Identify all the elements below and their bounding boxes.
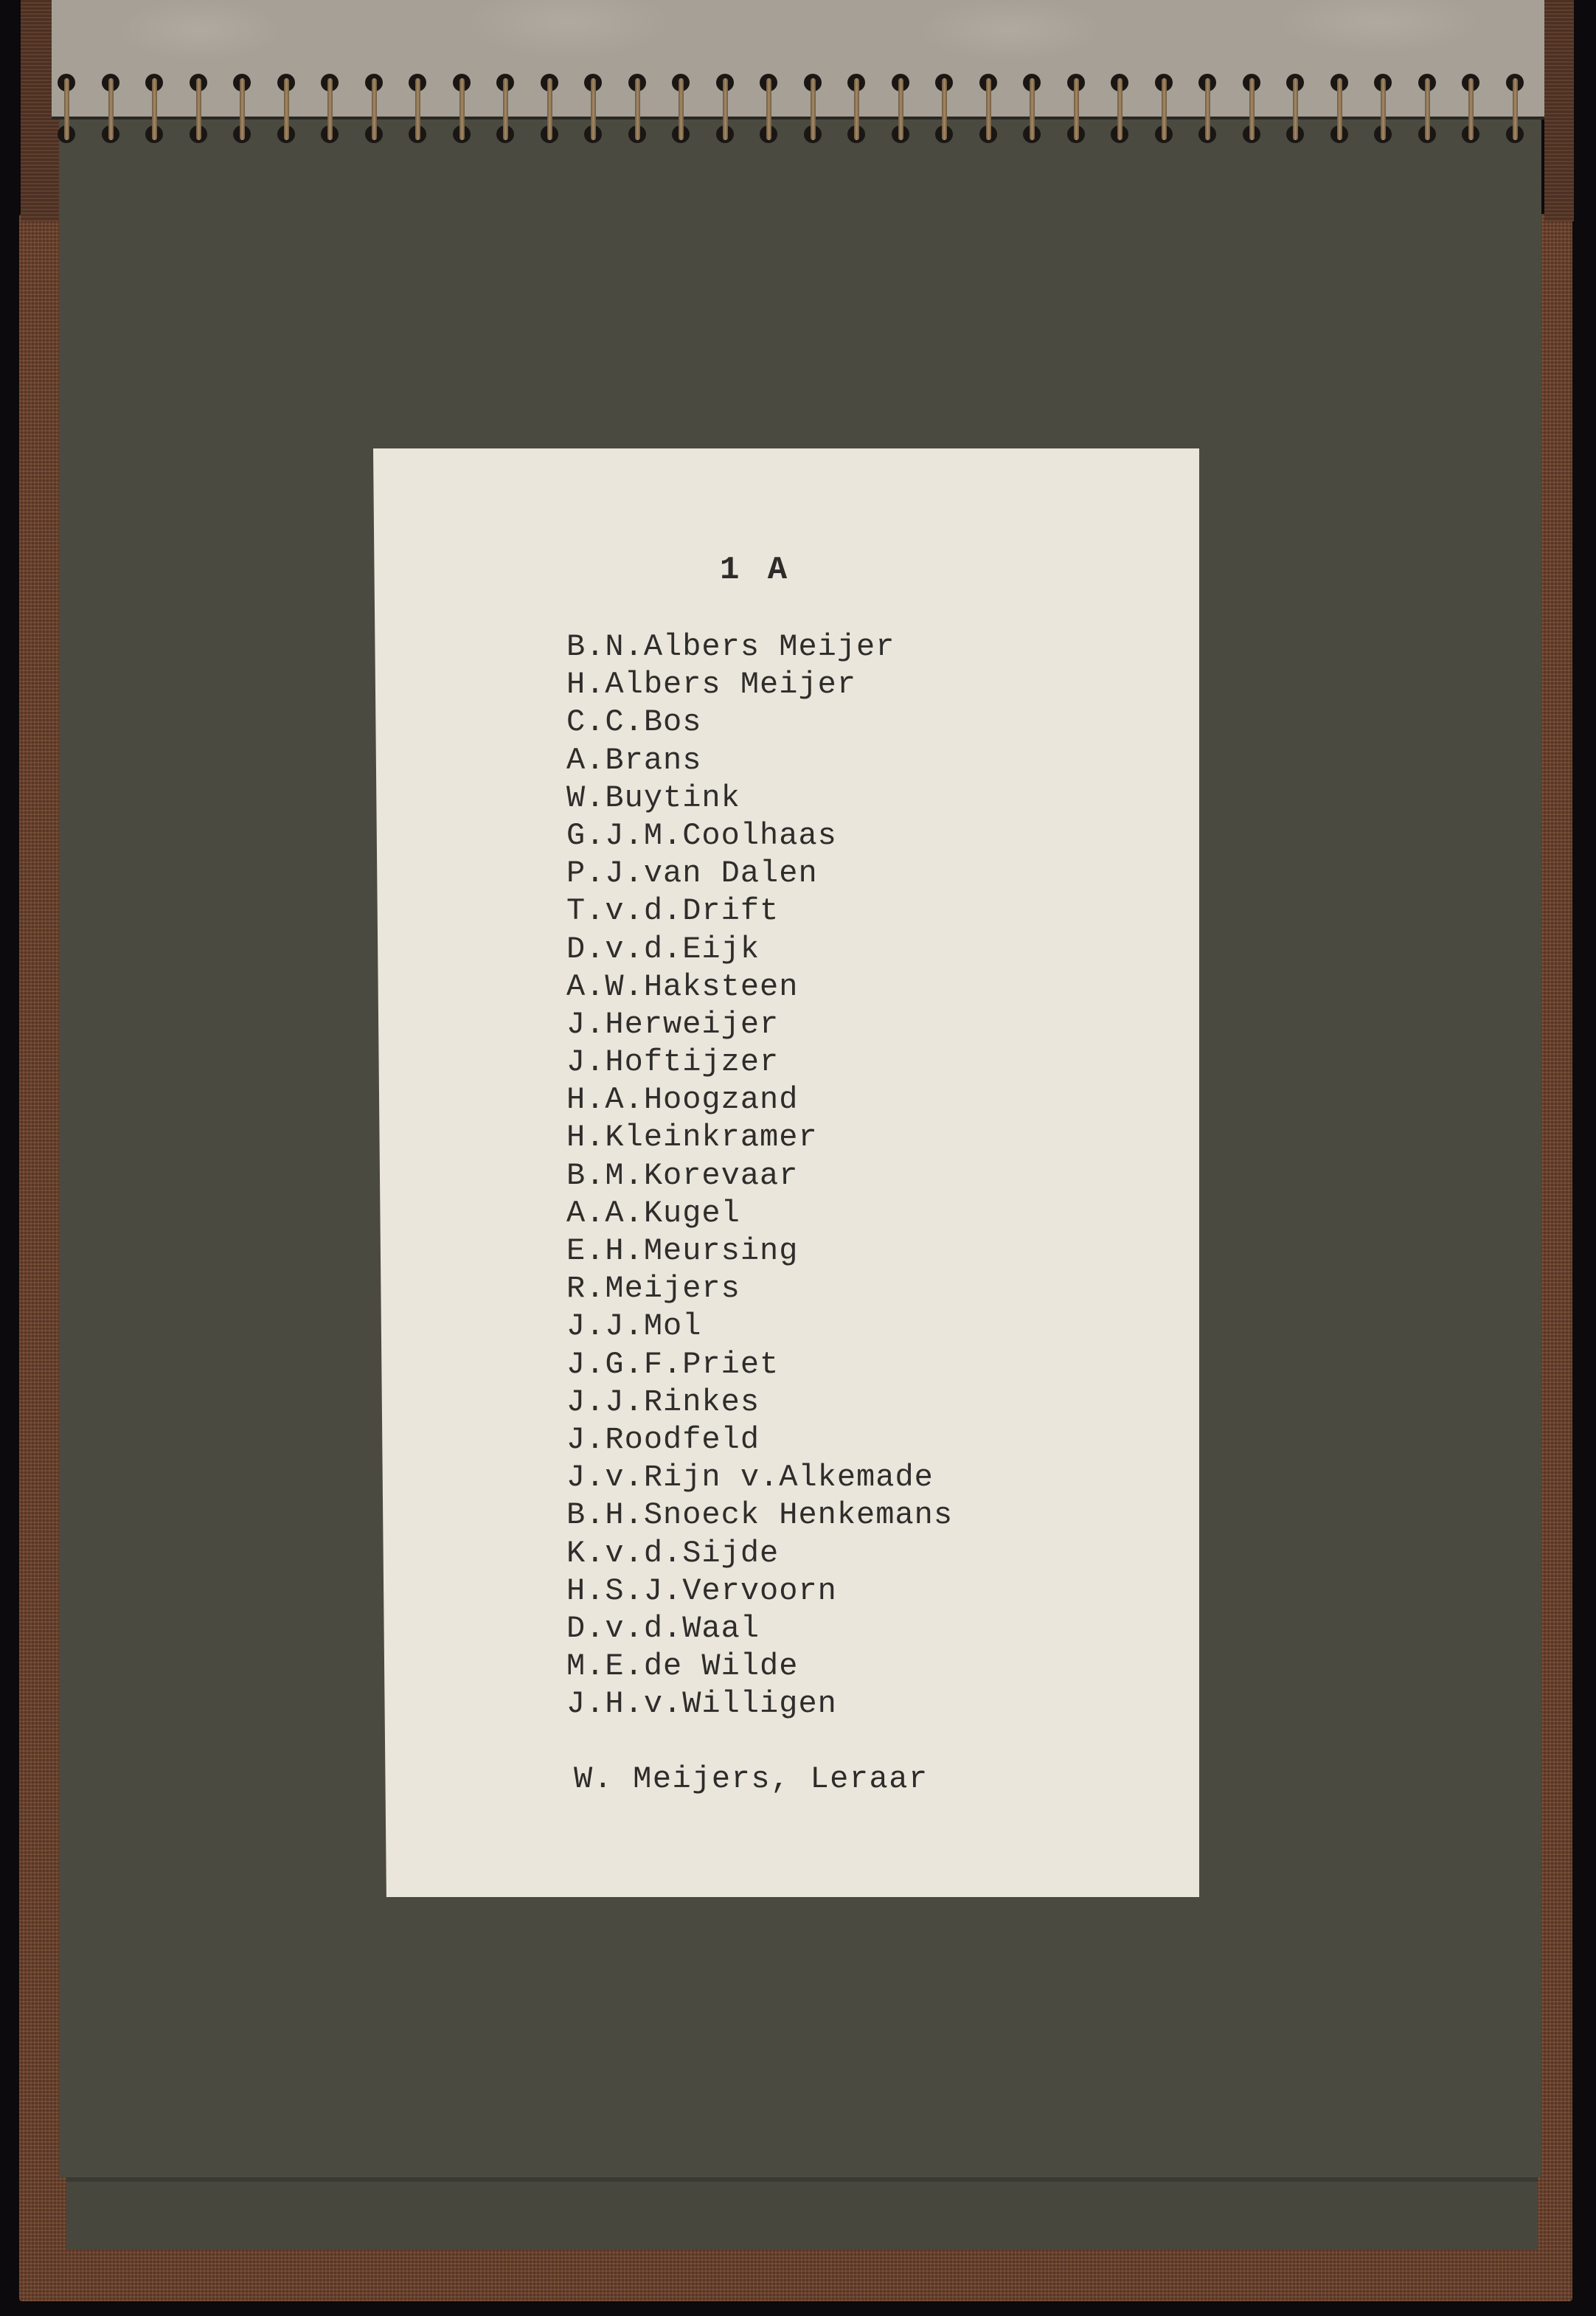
- student-name: T.v.d.Drift: [566, 892, 953, 930]
- spiral-coil: [935, 71, 953, 152]
- spiral-coil: [892, 71, 909, 152]
- spiral-binding: [58, 71, 1540, 152]
- spiral-coil: [1067, 71, 1085, 152]
- spiral-coil: [760, 71, 777, 152]
- coil-wire: [591, 78, 596, 140]
- spiral-coil: [1023, 71, 1041, 152]
- coil-wire: [854, 78, 859, 140]
- spiral-coil: [1506, 71, 1524, 152]
- coil-wire: [415, 78, 420, 140]
- student-name: J.Herweijer: [566, 1006, 953, 1044]
- student-name: E.H.Meursing: [566, 1232, 953, 1270]
- spiral-coil: [102, 71, 119, 152]
- coil-wire: [1074, 78, 1079, 140]
- student-name: R.Meijers: [566, 1270, 953, 1308]
- student-name: J.Roodfeld: [566, 1421, 953, 1459]
- student-name: H.Kleinkramer: [566, 1119, 953, 1157]
- spiral-coil: [1111, 71, 1128, 152]
- spiral-coil: [628, 71, 646, 152]
- spiral-coil: [1330, 71, 1348, 152]
- spiral-coil: [58, 71, 75, 152]
- spiral-coil: [1374, 71, 1392, 152]
- student-name: C.C.Bos: [566, 704, 953, 741]
- student-name: J.J.Mol: [566, 1308, 953, 1345]
- cover-edge-right: [1544, 0, 1574, 221]
- student-name: J.Hoftijzer: [566, 1044, 953, 1081]
- coil-wire: [1381, 78, 1386, 140]
- student-name: A.A.Kugel: [566, 1195, 953, 1232]
- coil-wire: [898, 78, 903, 140]
- coil-wire: [284, 78, 289, 140]
- coil-wire: [547, 78, 552, 140]
- student-name: J.G.F.Priet: [566, 1346, 953, 1384]
- coil-wire: [942, 78, 947, 140]
- coil-wire: [327, 78, 333, 140]
- student-name: H.Albers Meijer: [566, 666, 953, 704]
- student-name: D.v.d.Waal: [566, 1610, 953, 1648]
- coil-wire: [108, 78, 114, 140]
- spiral-coil: [1286, 71, 1304, 152]
- student-name: B.H.Snoeck Henkemans: [566, 1497, 953, 1534]
- coil-wire: [679, 78, 684, 140]
- coil-wire: [240, 78, 245, 140]
- class-title: 1 A: [720, 552, 791, 589]
- spiral-coil: [1155, 71, 1173, 152]
- spiral-coil: [409, 71, 426, 152]
- student-name: B.N.Albers Meijer: [566, 628, 953, 666]
- student-name: J.H.v.Willigen: [566, 1685, 953, 1723]
- coil-wire: [152, 78, 157, 140]
- student-name: W.Buytink: [566, 780, 953, 817]
- coil-wire: [1030, 78, 1035, 140]
- coil-wire: [1205, 78, 1210, 140]
- student-name: G.J.M.Coolhaas: [566, 817, 953, 855]
- spiral-coil: [1198, 71, 1216, 152]
- student-name: J.v.Rijn v.Alkemade: [566, 1459, 953, 1497]
- coil-wire: [1337, 78, 1342, 140]
- spiral-coil: [190, 71, 207, 152]
- coil-wire: [64, 78, 69, 140]
- student-name: H.S.J.Vervoorn: [566, 1573, 953, 1610]
- coil-wire: [459, 78, 465, 140]
- spiral-coil: [453, 71, 471, 152]
- coil-wire: [1468, 78, 1474, 140]
- coil-wire: [1162, 78, 1167, 140]
- student-name: H.A.Hoogzand: [566, 1081, 953, 1119]
- album-page-underlayer: [66, 2177, 1538, 2250]
- coil-wire: [372, 78, 377, 140]
- spiral-coil: [1418, 71, 1436, 152]
- spiral-coil: [321, 71, 339, 152]
- student-name: B.M.Korevaar: [566, 1157, 953, 1195]
- student-name: M.E.de Wilde: [566, 1648, 953, 1685]
- spiral-coil: [1243, 71, 1260, 152]
- spiral-coil: [277, 71, 295, 152]
- student-name: J.J.Rinkes: [566, 1384, 953, 1421]
- student-name: K.v.d.Sijde: [566, 1535, 953, 1573]
- spiral-coil: [496, 71, 514, 152]
- spiral-coil: [584, 71, 602, 152]
- coil-wire: [811, 78, 816, 140]
- coil-wire: [503, 78, 508, 140]
- spiral-coil: [847, 71, 865, 152]
- teacher-signature: W. Meijers, Leraar: [574, 1761, 929, 1797]
- spiral-coil: [672, 71, 690, 152]
- coil-wire: [766, 78, 771, 140]
- spiral-coil: [365, 71, 383, 152]
- student-name: D.v.d.Eijk: [566, 931, 953, 968]
- coil-wire: [723, 78, 728, 140]
- spiral-coil: [716, 71, 734, 152]
- spiral-coil: [1462, 71, 1479, 152]
- coil-wire: [1425, 78, 1430, 140]
- coil-wire: [1249, 78, 1255, 140]
- coil-wire: [986, 78, 991, 140]
- student-name: A.Brans: [566, 742, 953, 780]
- spiral-coil: [233, 71, 251, 152]
- coil-wire: [1117, 78, 1123, 140]
- coil-wire: [196, 78, 201, 140]
- student-name: P.J.van Dalen: [566, 855, 953, 892]
- class-list-card: 1 A B.N.Albers MeijerH.Albers MeijerC.C.…: [373, 448, 1199, 1897]
- coil-wire: [1293, 78, 1298, 140]
- student-list: B.N.Albers MeijerH.Albers MeijerC.C.BosA…: [566, 628, 953, 1723]
- coil-wire: [1513, 78, 1518, 140]
- spiral-coil: [979, 71, 997, 152]
- student-name: A.W.Haksteen: [566, 968, 953, 1006]
- coil-wire: [635, 78, 640, 140]
- spiral-coil: [145, 71, 163, 152]
- spiral-coil: [541, 71, 558, 152]
- spiral-coil: [804, 71, 822, 152]
